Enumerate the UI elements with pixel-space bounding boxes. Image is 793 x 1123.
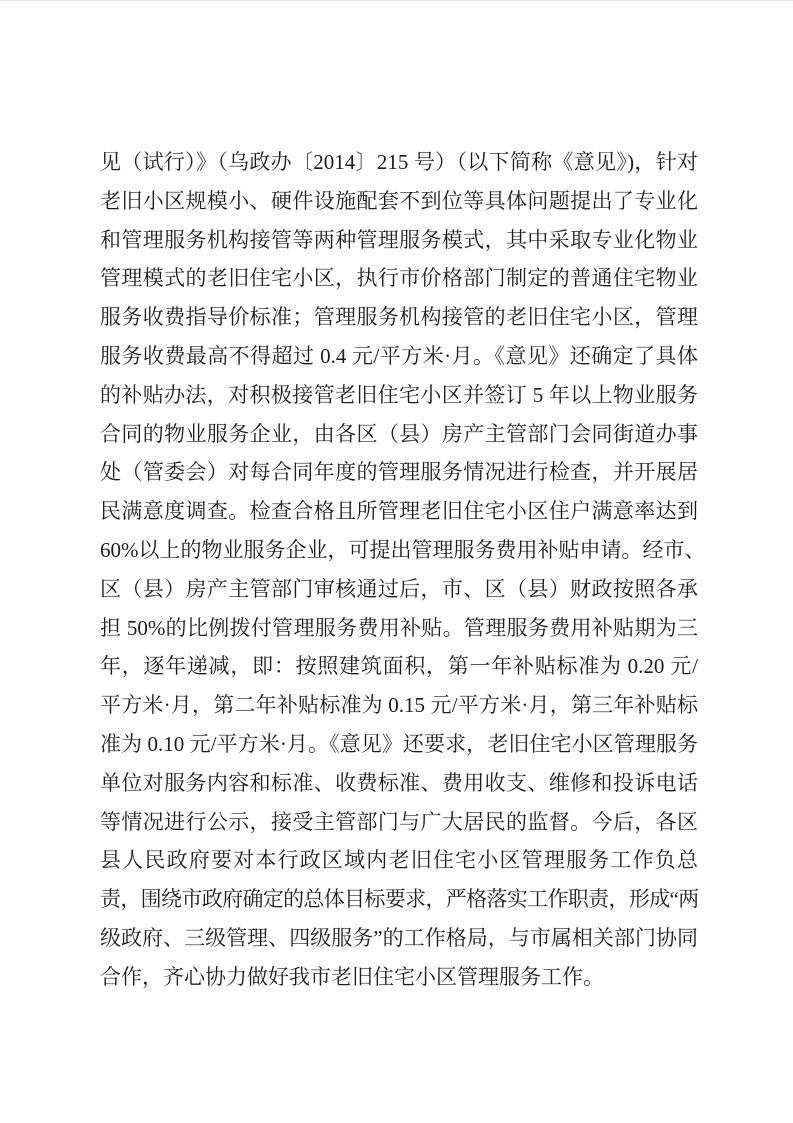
text-line: 见（试行）》（乌政办〔2014〕215 号）（以下简称《意见》)，针对 <box>100 143 698 182</box>
text-line: 准为 0.10 元/平方米·月。《意见》还要求，老旧住宅小区管理服务 <box>100 725 698 764</box>
text-line: 老旧小区规模小、硬件设施配套不到位等具体问题提出了专业化 <box>100 182 698 221</box>
paragraph-text-block: 见（试行）》（乌政办〔2014〕215 号）（以下简称《意见》)，针对 老旧小区… <box>100 143 698 997</box>
text-line: 管理模式的老旧住宅小区，执行市价格部门制定的普通住宅物业 <box>100 259 698 298</box>
text-line: 担 50%的比例拨付管理服务费用补贴。管理服务费用补贴期为三 <box>100 609 698 648</box>
text-line: 合作，齐心协力做好我市老旧住宅小区管理服务工作。 <box>100 958 698 997</box>
document-page: 见（试行）》（乌政办〔2014〕215 号）（以下简称《意见》)，针对 老旧小区… <box>0 0 793 1123</box>
text-line: 单位对服务内容和标准、收费标准、费用收支、维修和投诉电话 <box>100 764 698 803</box>
text-line: 责，围绕市政府确定的总体目标要求，严格落实工作职责，形成“两 <box>100 880 698 919</box>
text-line: 的补贴办法，对积极接管老旧住宅小区并签订 5 年以上物业服务 <box>100 376 698 415</box>
text-line: 合同的物业服务企业，由各区（县）房产主管部门会同街道办事 <box>100 415 698 454</box>
text-line: 服务收费指导价标准；管理服务机构接管的老旧住宅小区，管理 <box>100 298 698 337</box>
text-line: 等情况进行公示，接受主管部门与广大居民的监督。今后，各区 <box>100 803 698 842</box>
text-line: 年，逐年递减，即：按照建筑面积，第一年补贴标准为 0.20 元/ <box>100 647 698 686</box>
text-line: 服务收费最高不得超过 0.4 元/平方米·月。《意见》还确定了具体 <box>100 337 698 376</box>
text-line: 区（县）房产主管部门审核通过后，市、区（县）财政按照各承 <box>100 570 698 609</box>
text-line: 平方米·月，第二年补贴标准为 0.15 元/平方米·月，第三年补贴标 <box>100 686 698 725</box>
text-line: 60%以上的物业服务企业，可提出管理服务费用补贴申请。经市、 <box>100 531 698 570</box>
text-line: 级政府、三级管理、四级服务”的工作格局，与市属相关部门协同 <box>100 919 698 958</box>
text-line: 民满意度调查。检查合格且所管理老旧住宅小区住户满意率达到 <box>100 492 698 531</box>
text-line: 处（管委会）对每合同年度的管理服务情况进行检查，并开展居 <box>100 453 698 492</box>
text-line: 和管理服务机构接管等两种管理服务模式，其中采取专业化物业 <box>100 221 698 260</box>
text-line: 县人民政府要对本行政区域内老旧住宅小区管理服务工作负总 <box>100 841 698 880</box>
